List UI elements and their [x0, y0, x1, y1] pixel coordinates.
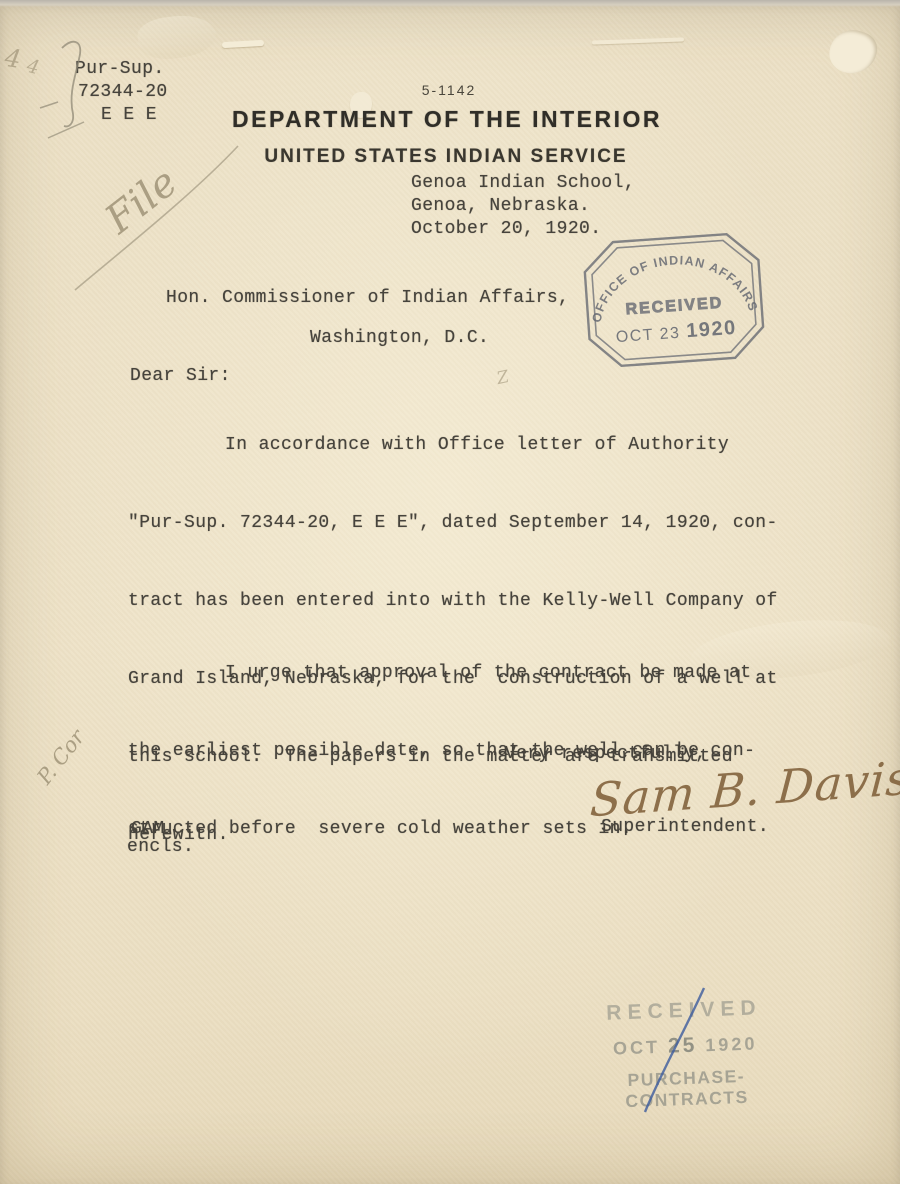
staple-mark	[222, 40, 264, 48]
address-line2: Washington, D.C.	[310, 328, 489, 348]
body-line: "Pur-Sup. 72344-20, E E E", dated Septem…	[128, 504, 808, 542]
stamp-received-text: RECEIVED	[625, 295, 724, 319]
letterhead-service: UNITED STATES INDIAN SERVICE	[264, 146, 627, 168]
dateline-school: Genoa Indian School,	[411, 173, 635, 193]
enclosure-note: encls.	[127, 837, 194, 857]
dateline-place: Genoa, Nebraska.	[411, 196, 590, 216]
corner-mark-digit1: 4	[3, 43, 23, 74]
body-line: In accordance with Office letter of Auth…	[128, 426, 808, 464]
signer-title: Superintendent.	[601, 817, 769, 837]
typist-initials: GAM	[131, 819, 165, 839]
blue-pen-slash	[620, 975, 740, 1125]
pcor-note: P. Cor	[32, 725, 89, 789]
stamp-date-monthday: OCT 23	[615, 324, 687, 346]
form-number: 5-1142	[422, 82, 477, 98]
dateline-date: October 20, 1920.	[411, 219, 601, 239]
paper-tear	[824, 24, 881, 80]
body-line: I urge that approval of the contract be …	[128, 654, 808, 692]
stamp-date: OCT 23 1920	[615, 317, 737, 347]
received-stamp-indian-affairs: OFFICE OF INDIAN AFFAIRS RECEIVED OCT 23…	[579, 228, 770, 372]
stamp-date-year: 1920	[686, 317, 738, 342]
letter-page: Pur-Sup. 72344-20 E E E 5-1142 DEPARTMEN…	[0, 0, 900, 1184]
closing: Very respectfully,	[505, 744, 707, 764]
letterhead-department: DEPARTMENT OF THE INTERIOR	[232, 106, 662, 133]
salutation: Dear Sir:	[130, 366, 231, 386]
corner-squiggle	[40, 30, 110, 150]
paper-crease-topleft	[135, 11, 218, 63]
scan-edge-shadow	[0, 0, 900, 7]
scratch-mark	[592, 37, 684, 44]
